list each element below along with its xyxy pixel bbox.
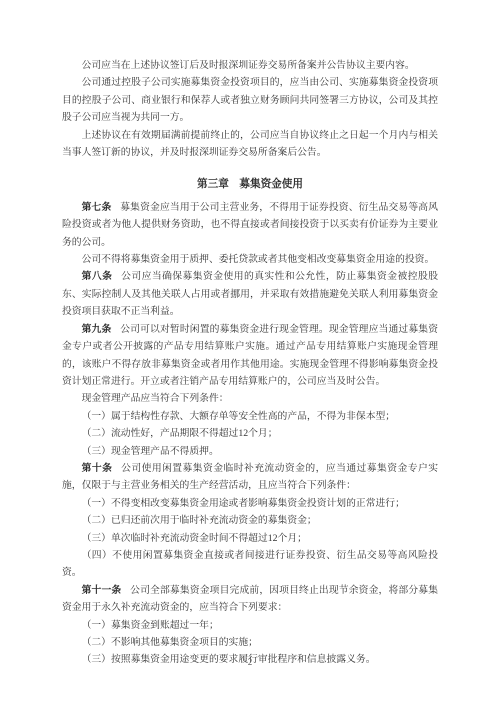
article-number: 第八条 [82,271,113,282]
article-lead: 第十条公司使用闲置募集资金临时补充流动资金的，应当通过募集资金专户实施，仅限于与… [62,460,438,495]
article-lead-text: 公司应当确保募集资金使用的真实性和公允性，防止募集资金被控股股东、实际控制人及其… [62,271,438,317]
page-number: 2 [0,654,500,671]
list-item: （二）不影响其他募集资金项目的实施； [62,634,438,651]
article-paragraph: 现金管理产品应当符合下列条件： [62,390,438,407]
article-number: 第十一条 [82,585,122,596]
list-item: （一）募集资金到账超过一年； [62,617,438,634]
chapter-title: 第三章 募集资金使用 [62,176,438,193]
intro-section: 公司应当在上述协议签订后及时报深圳证券交易所备案并公告协议主要内容。 公司通过控… [62,57,438,161]
list-item: （四）不使用闲置募集资金直接或者间接进行证券投资、衍生品交易等高风险投资。 [62,547,438,582]
list-item: （一）不得变相改变募集资金用途或者影响募集资金投资计划的正常进行； [62,495,438,512]
intro-paragraph-3: 上述协议在有效期届满前提前终止的，公司应当自协议终止之日起一个月内与相关当事人签… [62,127,438,162]
article-9: 第九条公司可以对暂时闲置的募集资金进行现金管理。现金管理应当通过募集资金专户或者… [62,321,438,460]
list-item: （二）已归还前次用于临时补充流动资金的募集资金； [62,512,438,529]
article-10: 第十条公司使用闲置募集资金临时补充流动资金的，应当通过募集资金专户实施，仅限于与… [62,460,438,582]
article-8: 第八条公司应当确保募集资金使用的真实性和公允性，防止募集资金被控股股东、实际控制… [62,268,438,320]
article-lead: 第九条公司可以对暂时闲置的募集资金进行现金管理。现金管理应当通过募集资金专户或者… [62,321,438,391]
article-paragraph: 公司不得将募集资金用于质押、委托贷款或者其他变相改变募集资金用途的投资。 [62,251,438,268]
article-7: 第七条募集资金应当用于公司主营业务，不得用于证券投资、衍生品交易等高风险投资或者… [62,199,438,269]
list-item: （三）现金管理产品不得质押。 [62,443,438,460]
article-lead: 第八条公司应当确保募集资金使用的真实性和公允性，防止募集资金被控股股东、实际控制… [62,268,438,320]
article-number: 第七条 [82,202,112,213]
article-lead: 第七条募集资金应当用于公司主营业务，不得用于证券投资、衍生品交易等高风险投资或者… [62,199,438,251]
list-item: （一）属于结构性存款、大额存单等安全性高的产品，不得为非保本型； [62,408,438,425]
article-lead-text: 公司使用闲置募集资金临时补充流动资金的，应当通过募集资金专户实施，仅限于与主营业… [62,463,438,491]
intro-paragraph-1: 公司应当在上述协议签订后及时报深圳证券交易所备案并公告协议主要内容。 [62,57,438,74]
article-lead-text: 募集资金应当用于公司主营业务，不得用于证券投资、衍生品交易等高风险投资或者为他人… [62,202,438,248]
list-item: （三）单次临时补充流动资金时间不得超过12个月； [62,530,438,547]
list-item: （二）流动性好，产品期限不得超过12个月； [62,425,438,442]
article-lead: 第十一条公司全部募集资金项目完成前，因项目终止出现节余资金，将部分募集资金用于永… [62,582,438,617]
intro-paragraph-2: 公司通过控股子公司实施募集资金投资项目的，应当由公司、实施募集资金投资项目的控股… [62,74,438,126]
document-page: 公司应当在上述协议签订后及时报深圳证券交易所备案并公告协议主要内容。 公司通过控… [0,0,500,707]
article-number: 第九条 [82,324,112,335]
article-number: 第十条 [82,463,113,474]
article-lead-text: 公司可以对暂时闲置的募集资金进行现金管理。现金管理应当通过募集资金专户或者公开披… [62,324,438,387]
